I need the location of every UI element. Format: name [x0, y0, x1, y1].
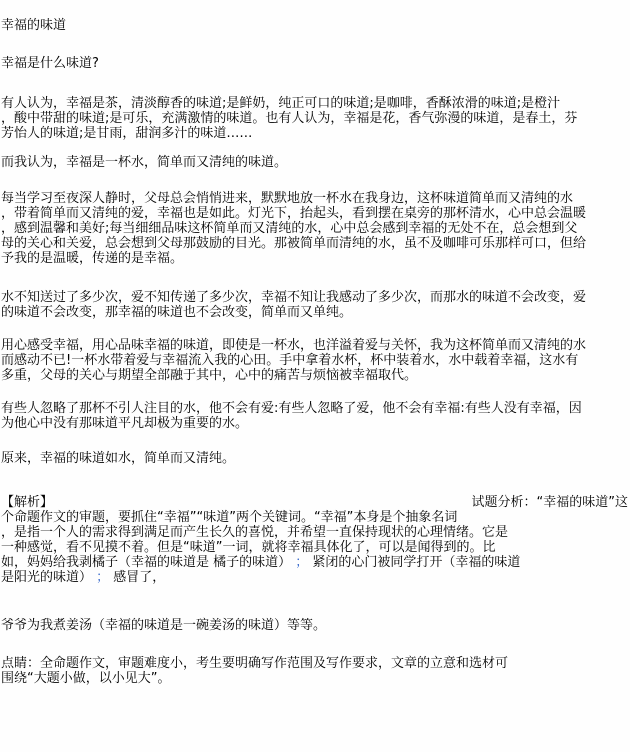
essay-paragraph-2: 而我认为，幸福是一杯水，简单而又清纯的味道。	[1, 155, 628, 170]
essay-paragraph-1: 有人认为，幸福是茶，清淡醇香的味道;是鲜奶，纯正可口的味道;是咖啡，香酥浓滑的味…	[1, 96, 628, 141]
analysis-note: 点睛：全命题作文，审题难度小，考生要明确写作范围及写作要求，文章的立意和选材可 …	[1, 656, 628, 686]
document-page: 幸福的味道 幸福是什么味道? 有人认为，幸福是茶，清淡醇香的味道;是鲜奶，纯正可…	[0, 0, 630, 752]
analysis-example-line: 爷爷为我煮姜汤（幸福的味道是一碗姜汤的味道）等等。	[1, 618, 628, 633]
analysis-header-right: 试题分析：“幸福的味道”这	[472, 495, 628, 510]
essay-paragraph-6: 有些人忽略了那杯不引人注目的水，他不会有爱:有些人忽略了爱，他不会有幸福:有些人…	[1, 401, 628, 431]
analysis-label: 【解析】	[1, 495, 53, 510]
analysis-body: 个命题作文的审题，要抓住“幸福”“味道”两个关键词。“幸福”本身是个抽象名词 ，…	[1, 510, 628, 585]
essay-paragraph-5: 用心感受幸福，用心品味幸福的味道，即使是一杯水，也洋溢着爱与关怀，我为这杯简单而…	[1, 338, 628, 383]
essay-question: 幸福是什么味道?	[1, 56, 628, 71]
essay-title: 幸福的味道	[1, 18, 628, 33]
essay-paragraph-4: 水不知送过了多少次，爱不知传递了多少次，幸福不知让我感动了多少次，而那水的味道不…	[1, 290, 628, 320]
analysis-header: 【解析】 试题分析：“幸福的味道”这	[1, 495, 628, 510]
essay-paragraph-3: 每当学习至夜深人静时，父母总会悄悄进来，默默地放一杯水在我身边，这杯味道简单而又…	[1, 191, 628, 266]
essay-conclusion: 原来，幸福的味道如水，简单而又清纯。	[1, 451, 628, 466]
